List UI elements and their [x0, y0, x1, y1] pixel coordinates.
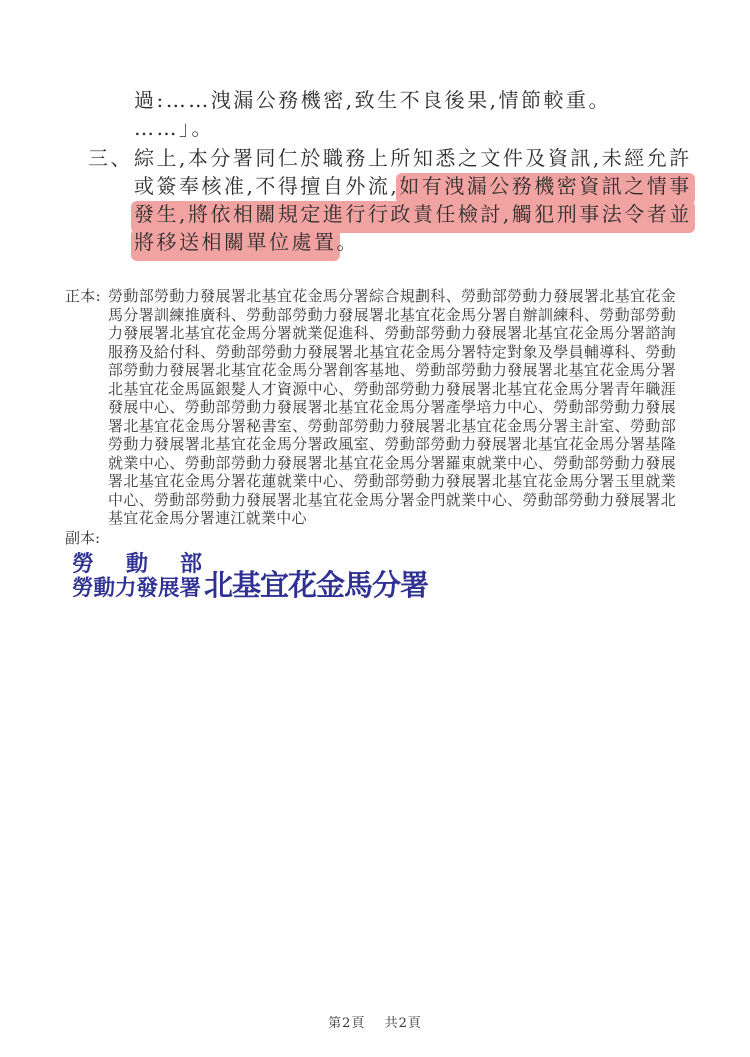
- clause-text-line: 綜上,本分署同仁於職務上所知悉之文件及資訊,未經允許: [134, 144, 692, 172]
- clause-text-line: 或簽奉核准,不得擅自外流,如有洩漏公務機密資訊之情事: [134, 172, 692, 200]
- highlighted-text: 將移送相關單位處置: [131, 229, 340, 261]
- clause-text-line: 發生,將依相關規定進行行政責任檢討,觸犯刑事法令者並: [134, 200, 692, 228]
- clause-three: 三、 綜上,本分署同仁於職務上所知悉之文件及資訊,未經允許或簽奉核准,不得擅自外…: [88, 144, 750, 256]
- ministry-name: 勞動部: [72, 553, 202, 577]
- agency-name: 勞動力發展署: [72, 577, 202, 601]
- page-total: 共2頁: [385, 1012, 422, 1031]
- quote-continuation: 過:……洩漏公務機密,致生不良後果,情節較重。 ……」。: [134, 86, 750, 142]
- clause-text-line: 將移送相關單位處置。: [134, 228, 692, 256]
- agency-logo: 勞動部 勞動力發展署 北基宜花金馬分署: [72, 553, 750, 601]
- page-number: 第2頁: [328, 1012, 365, 1031]
- recipients-copy-label: 副本:: [65, 529, 750, 547]
- page-footer: 第2頁 共2頁: [0, 1012, 750, 1031]
- document-page: 過:……洩漏公務機密,致生不良後果,情節較重。 ……」。 三、 綜上,本分署同仁…: [0, 0, 750, 1057]
- quote-line: ……」。: [134, 114, 750, 142]
- clause-number-label: 三、: [88, 144, 134, 256]
- quote-line: 過:……洩漏公務機密,致生不良後果,情節較重。: [134, 86, 750, 114]
- branch-name: 北基宜花金馬分署: [204, 569, 428, 601]
- recipients-original-label: 正本:: [65, 287, 108, 528]
- clause-text: 綜上,本分署同仁於職務上所知悉之文件及資訊,未經允許: [134, 146, 692, 170]
- recipients-original-list: 勞動部勞動力發展署北基宜花金馬分署綜合規劃科、勞動部勞動力發展署北基宜花金馬分署…: [108, 287, 676, 528]
- agency-logo-left: 勞動部 勞動力發展署: [72, 553, 202, 601]
- clause-text: 或簽奉核准,不得擅自外流,: [134, 174, 399, 198]
- clause-text: 。: [337, 230, 360, 254]
- clause-text-lines: 綜上,本分署同仁於職務上所知悉之文件及資訊,未經允許或簽奉核准,不得擅自外流,如…: [134, 144, 692, 256]
- recipients-original-block: 正本: 勞動部勞動力發展署北基宜花金馬分署綜合規劃科、勞動部勞動力發展署北基宜花…: [65, 287, 750, 528]
